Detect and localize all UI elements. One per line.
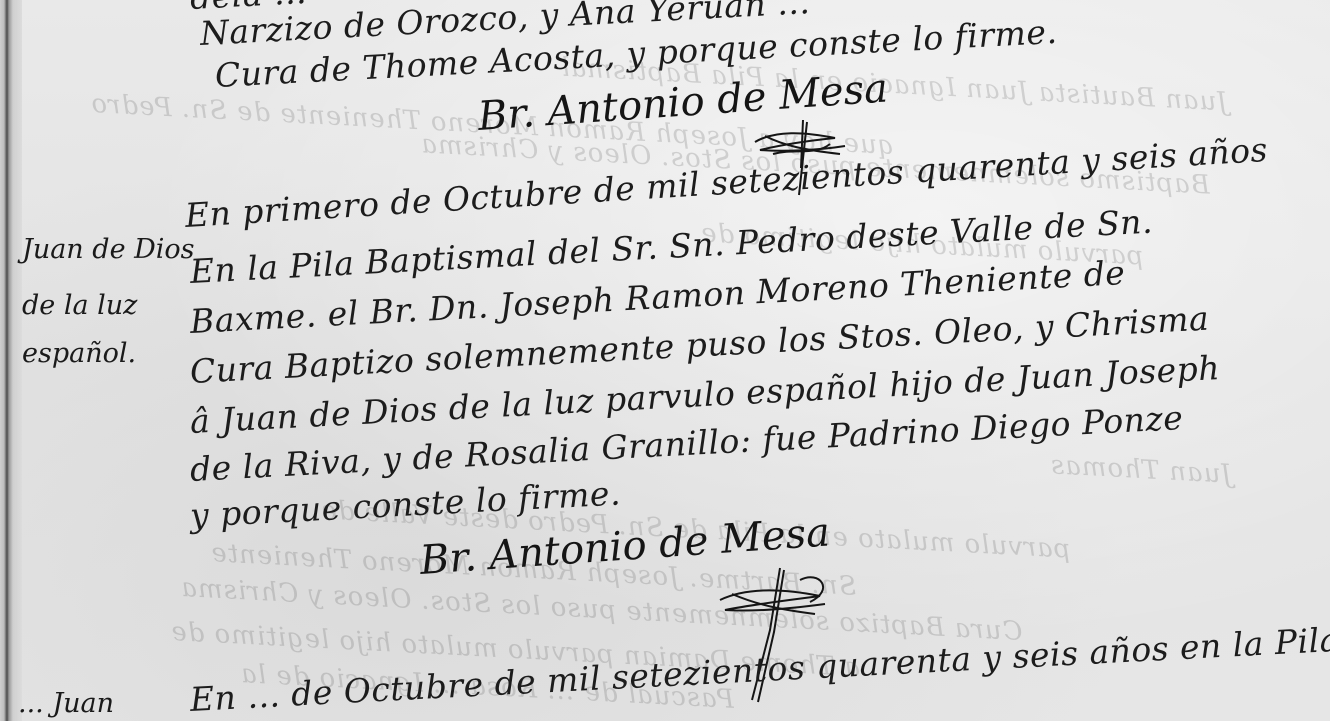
manuscript-page: Juan Bautista Juan Ignacio en la Pila Ba… — [0, 0, 1330, 721]
margin-note-name: Juan de Dios — [22, 234, 195, 265]
bleed-through-line: Juan Thomas — [1049, 450, 1232, 489]
next-margin-note: ... Juan — [18, 688, 114, 719]
margin-note-surname: de la luz — [22, 290, 137, 321]
page-binding-edge — [0, 0, 22, 721]
margin-note-status: español. — [22, 338, 136, 369]
